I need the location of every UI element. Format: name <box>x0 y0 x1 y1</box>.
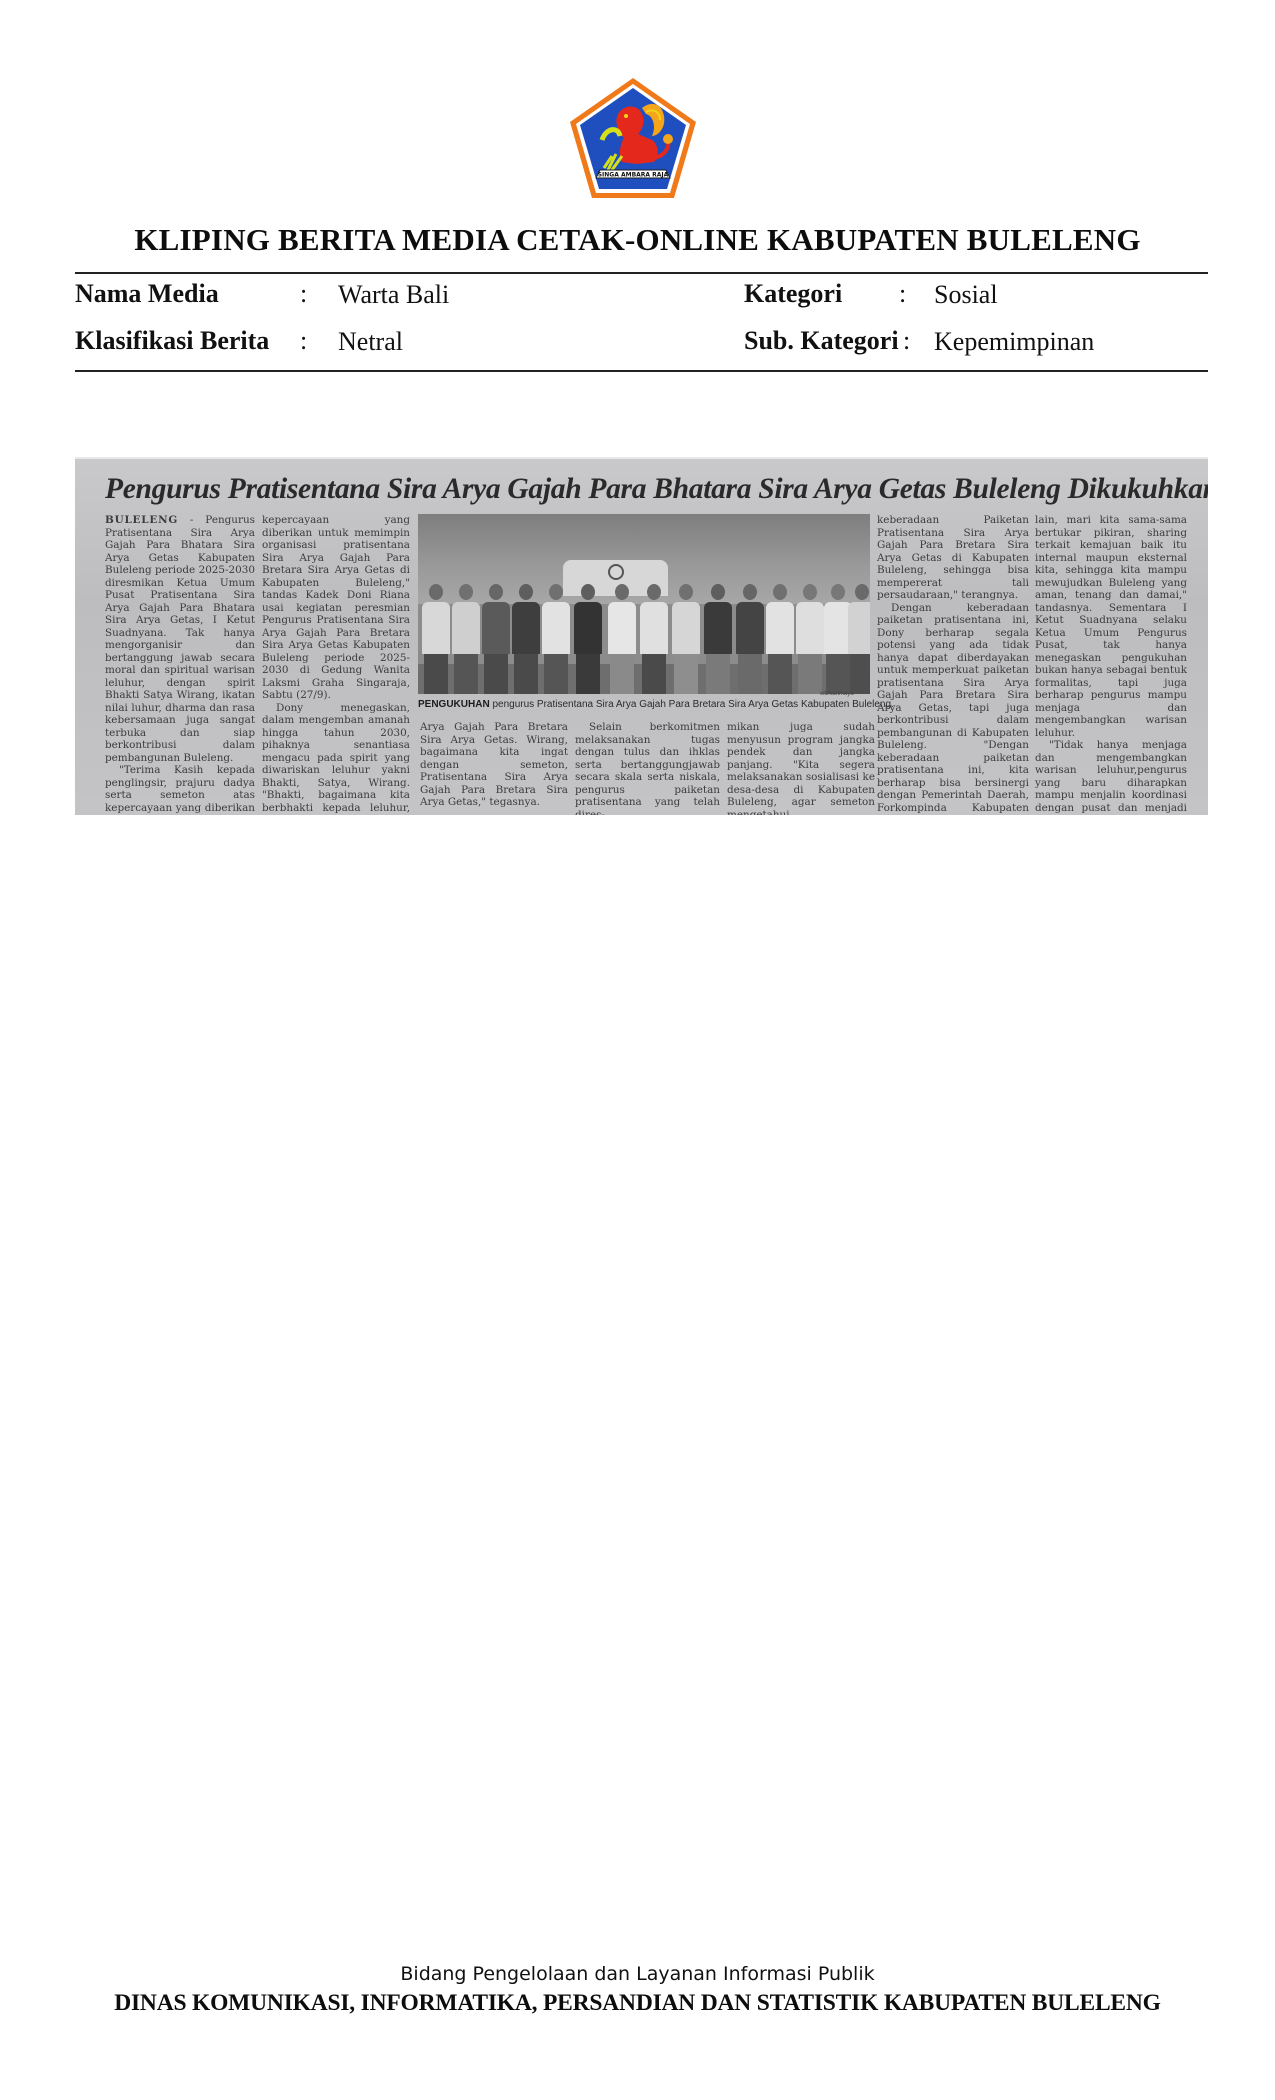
article-paragraph: keberadaan Paiketan Pratisentana Sira Ar… <box>877 514 1029 602</box>
header-divider-bottom <box>75 370 1208 372</box>
sub-kategori-value: Kepemimpinan <box>934 327 1094 357</box>
photo-person <box>848 584 870 694</box>
photo-person <box>422 584 450 694</box>
photo-person <box>608 584 636 694</box>
nama-media-colon: : <box>300 279 307 309</box>
klasifikasi-berita-label: Klasifikasi Berita <box>75 326 269 356</box>
article-column-3: Arya Gajah Para Bretara Sira Arya Getas.… <box>420 721 568 809</box>
article-column-7: lain, mari kita sama-sama bertukar pikir… <box>1035 514 1187 815</box>
kategori-value: Sosial <box>934 280 998 310</box>
photo-emblem-icon <box>608 564 624 580</box>
caption-lead: PENGUKUHAN <box>418 699 490 710</box>
article-paragraph: BULELENG - Pengurus Pratisentana Sira Ar… <box>105 514 255 764</box>
svg-text:SINGA AMBARA RAJA: SINGA AMBARA RAJA <box>598 172 669 179</box>
header-divider-top <box>75 272 1208 274</box>
footer-agency: DINAS KOMUNIKASI, INFORMATIKA, PERSANDIA… <box>0 1990 1275 2017</box>
document-title: KLIPING BERITA MEDIA CETAK-ONLINE KABUPA… <box>0 222 1275 258</box>
sub-kategori-colon: : <box>903 326 910 356</box>
article-headline: Pengurus Pratisentana Sira Arya Gajah Pa… <box>105 473 1208 506</box>
article-paragraph: Dony menegaskan, dalam mengemban amanah … <box>262 702 410 816</box>
photo-person <box>452 584 480 694</box>
sub-kategori-label: Sub. Kategori <box>744 326 899 356</box>
footer-division: Bidang Pengelolaan dan Layanan Informasi… <box>0 1963 1275 1985</box>
photo-caption: PENGUKUHAN pengurus Pratisentana Sira Ar… <box>418 699 878 710</box>
newspaper-clipping: Pengurus Pratisentana Sira Arya Gajah Pa… <box>75 457 1208 815</box>
article-paragraph: mikan juga sudah menyusun program jangka… <box>727 721 875 815</box>
nama-media-value: Warta Bali <box>338 280 449 310</box>
photo-person <box>736 584 764 694</box>
article-paragraph: Dengan keberadaan paiketan pratisentana … <box>877 602 1029 816</box>
photo-credit: wb/kanmaya <box>820 691 854 697</box>
klasifikasi-berita-value: Netral <box>338 327 403 357</box>
article-photo <box>418 514 870 694</box>
klasifikasi-berita-colon: : <box>300 326 307 356</box>
singa-ambara-raja-emblem-icon: SINGA AMBARA RAJA <box>566 74 700 202</box>
photo-person <box>672 584 700 694</box>
article-paragraph: "Terima Kasih kepada penglingsir, prajur… <box>105 764 255 815</box>
photo-person <box>482 584 510 694</box>
article-column-4: Selain berkomitmen melaksanakan tugas de… <box>575 721 720 815</box>
article-column-1: BULELENG - Pengurus Pratisentana Sira Ar… <box>105 514 255 815</box>
article-paragraph: kepercayaan yang diberikan untuk memimpi… <box>262 514 410 702</box>
photo-person <box>542 584 570 694</box>
nama-media-label: Nama Media <box>75 279 219 309</box>
photo-person <box>512 584 540 694</box>
article-column-2: kepercayaan yang diberikan untuk memimpi… <box>262 514 410 815</box>
article-dateline: BULELENG <box>105 514 178 526</box>
article-column-5: mikan juga sudah menyusun program jangka… <box>727 721 875 815</box>
article-paragraph: lain, mari kita sama-sama bertukar pikir… <box>1035 514 1187 739</box>
article-column-6: keberadaan Paiketan Pratisentana Sira Ar… <box>877 514 1029 815</box>
kategori-colon: : <box>899 279 906 309</box>
photo-person <box>766 584 794 694</box>
photo-person <box>640 584 668 694</box>
photo-person <box>574 584 602 694</box>
regency-emblem-logo: SINGA AMBARA RAJA <box>566 74 700 202</box>
photo-person <box>704 584 732 694</box>
photo-person <box>796 584 824 694</box>
kategori-label: Kategori <box>744 279 842 309</box>
article-paragraph: Selain berkomitmen melaksanakan tugas de… <box>575 721 720 815</box>
article-paragraph: "Tidak hanya menjaga dan mengembangkan w… <box>1035 739 1187 815</box>
article-paragraph: Arya Gajah Para Bretara Sira Arya Getas.… <box>420 721 568 809</box>
